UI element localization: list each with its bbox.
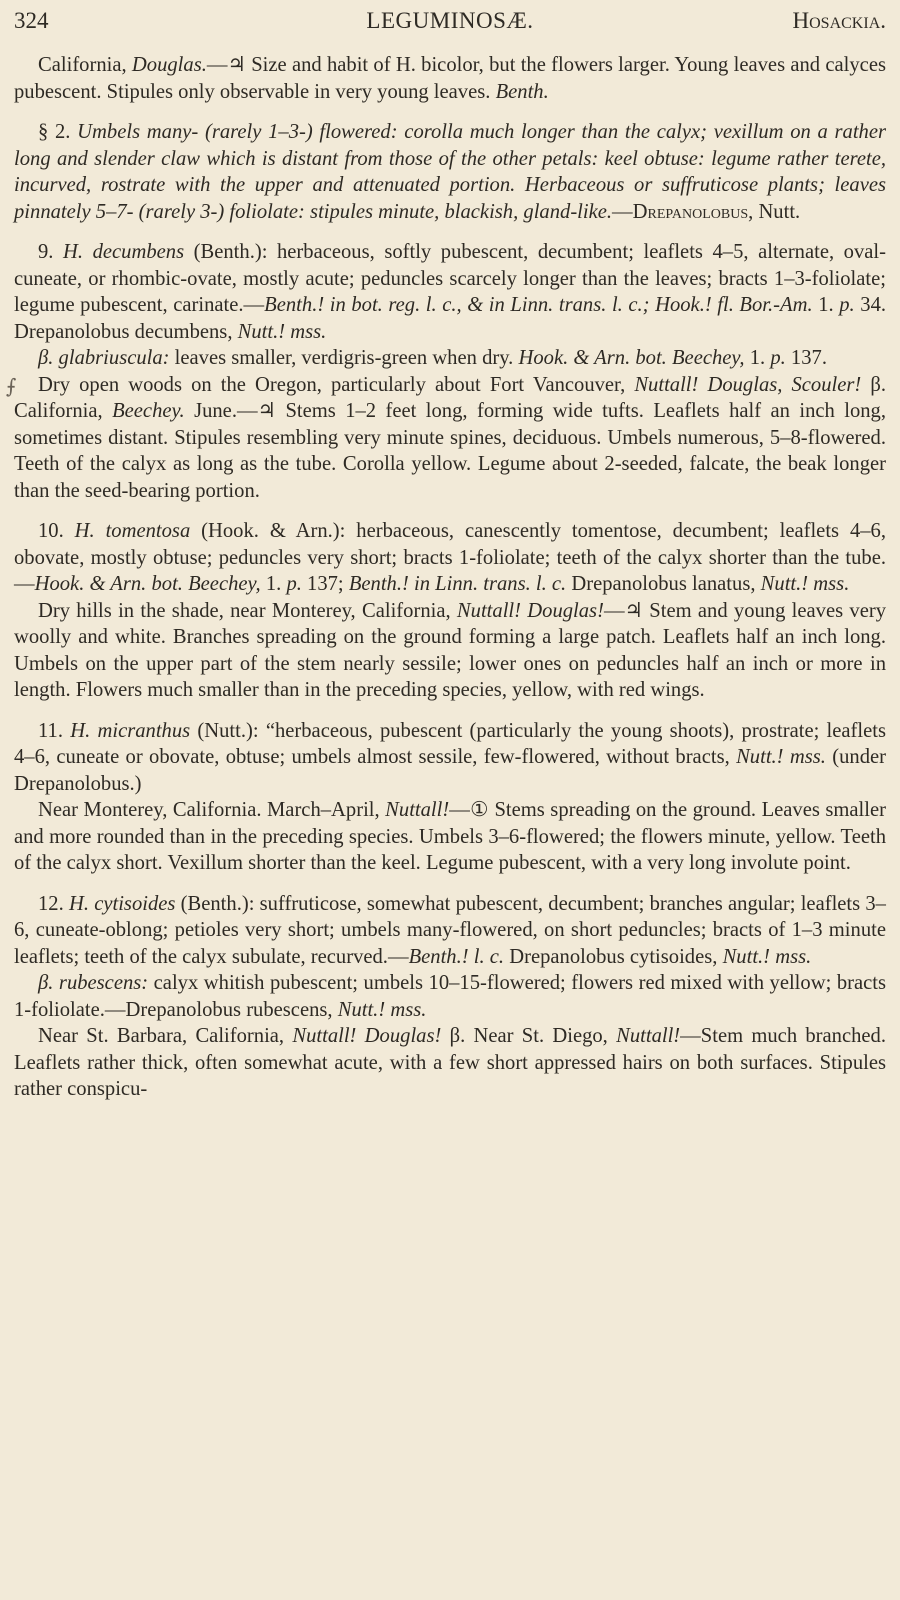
species-9-habitat: Dry open woods on the Oregon, particular…	[14, 372, 886, 505]
running-head: 324 LEGUMINOSÆ. Hosackia.	[14, 4, 886, 38]
species-12-habitat: Near St. Barbara, California, Nuttall! D…	[14, 1023, 886, 1103]
species-9-description: 9. H. decumbens (Benth.): herbaceous, so…	[14, 239, 886, 345]
species-12-description: 12. H. cytisoides (Benth.): suffruticose…	[14, 891, 886, 971]
paragraph-continuation: California, Douglas.—♃ Size and habit of…	[14, 52, 886, 105]
species-12-variety-beta: β. rubescens: calyx whitish pubescent; u…	[14, 970, 886, 1023]
genus-heading: Hosackia.	[793, 4, 886, 38]
species-9-variety-beta: β. glabriuscula: leaves smaller, verdigr…	[14, 345, 886, 372]
species-11-habitat: Near Monterey, California. March–April, …	[14, 797, 886, 877]
body-text: California, Douglas.—♃ Size and habit of…	[14, 52, 886, 1103]
book-page: 324 LEGUMINOSÆ. Hosackia. ⨍ California, …	[0, 0, 900, 1600]
section-2-heading: § 2. Umbels many- (rarely 1–3-) flowered…	[14, 119, 886, 225]
page-title: LEGUMINOSÆ.	[14, 4, 886, 38]
species-10-description: 10. H. tomentosa (Hook. & Arn.): herbace…	[14, 518, 886, 598]
species-11-description: 11. H. micranthus (Nutt.): “herbaceous, …	[14, 718, 886, 798]
species-10-habitat: Dry hills in the shade, near Monterey, C…	[14, 598, 886, 704]
